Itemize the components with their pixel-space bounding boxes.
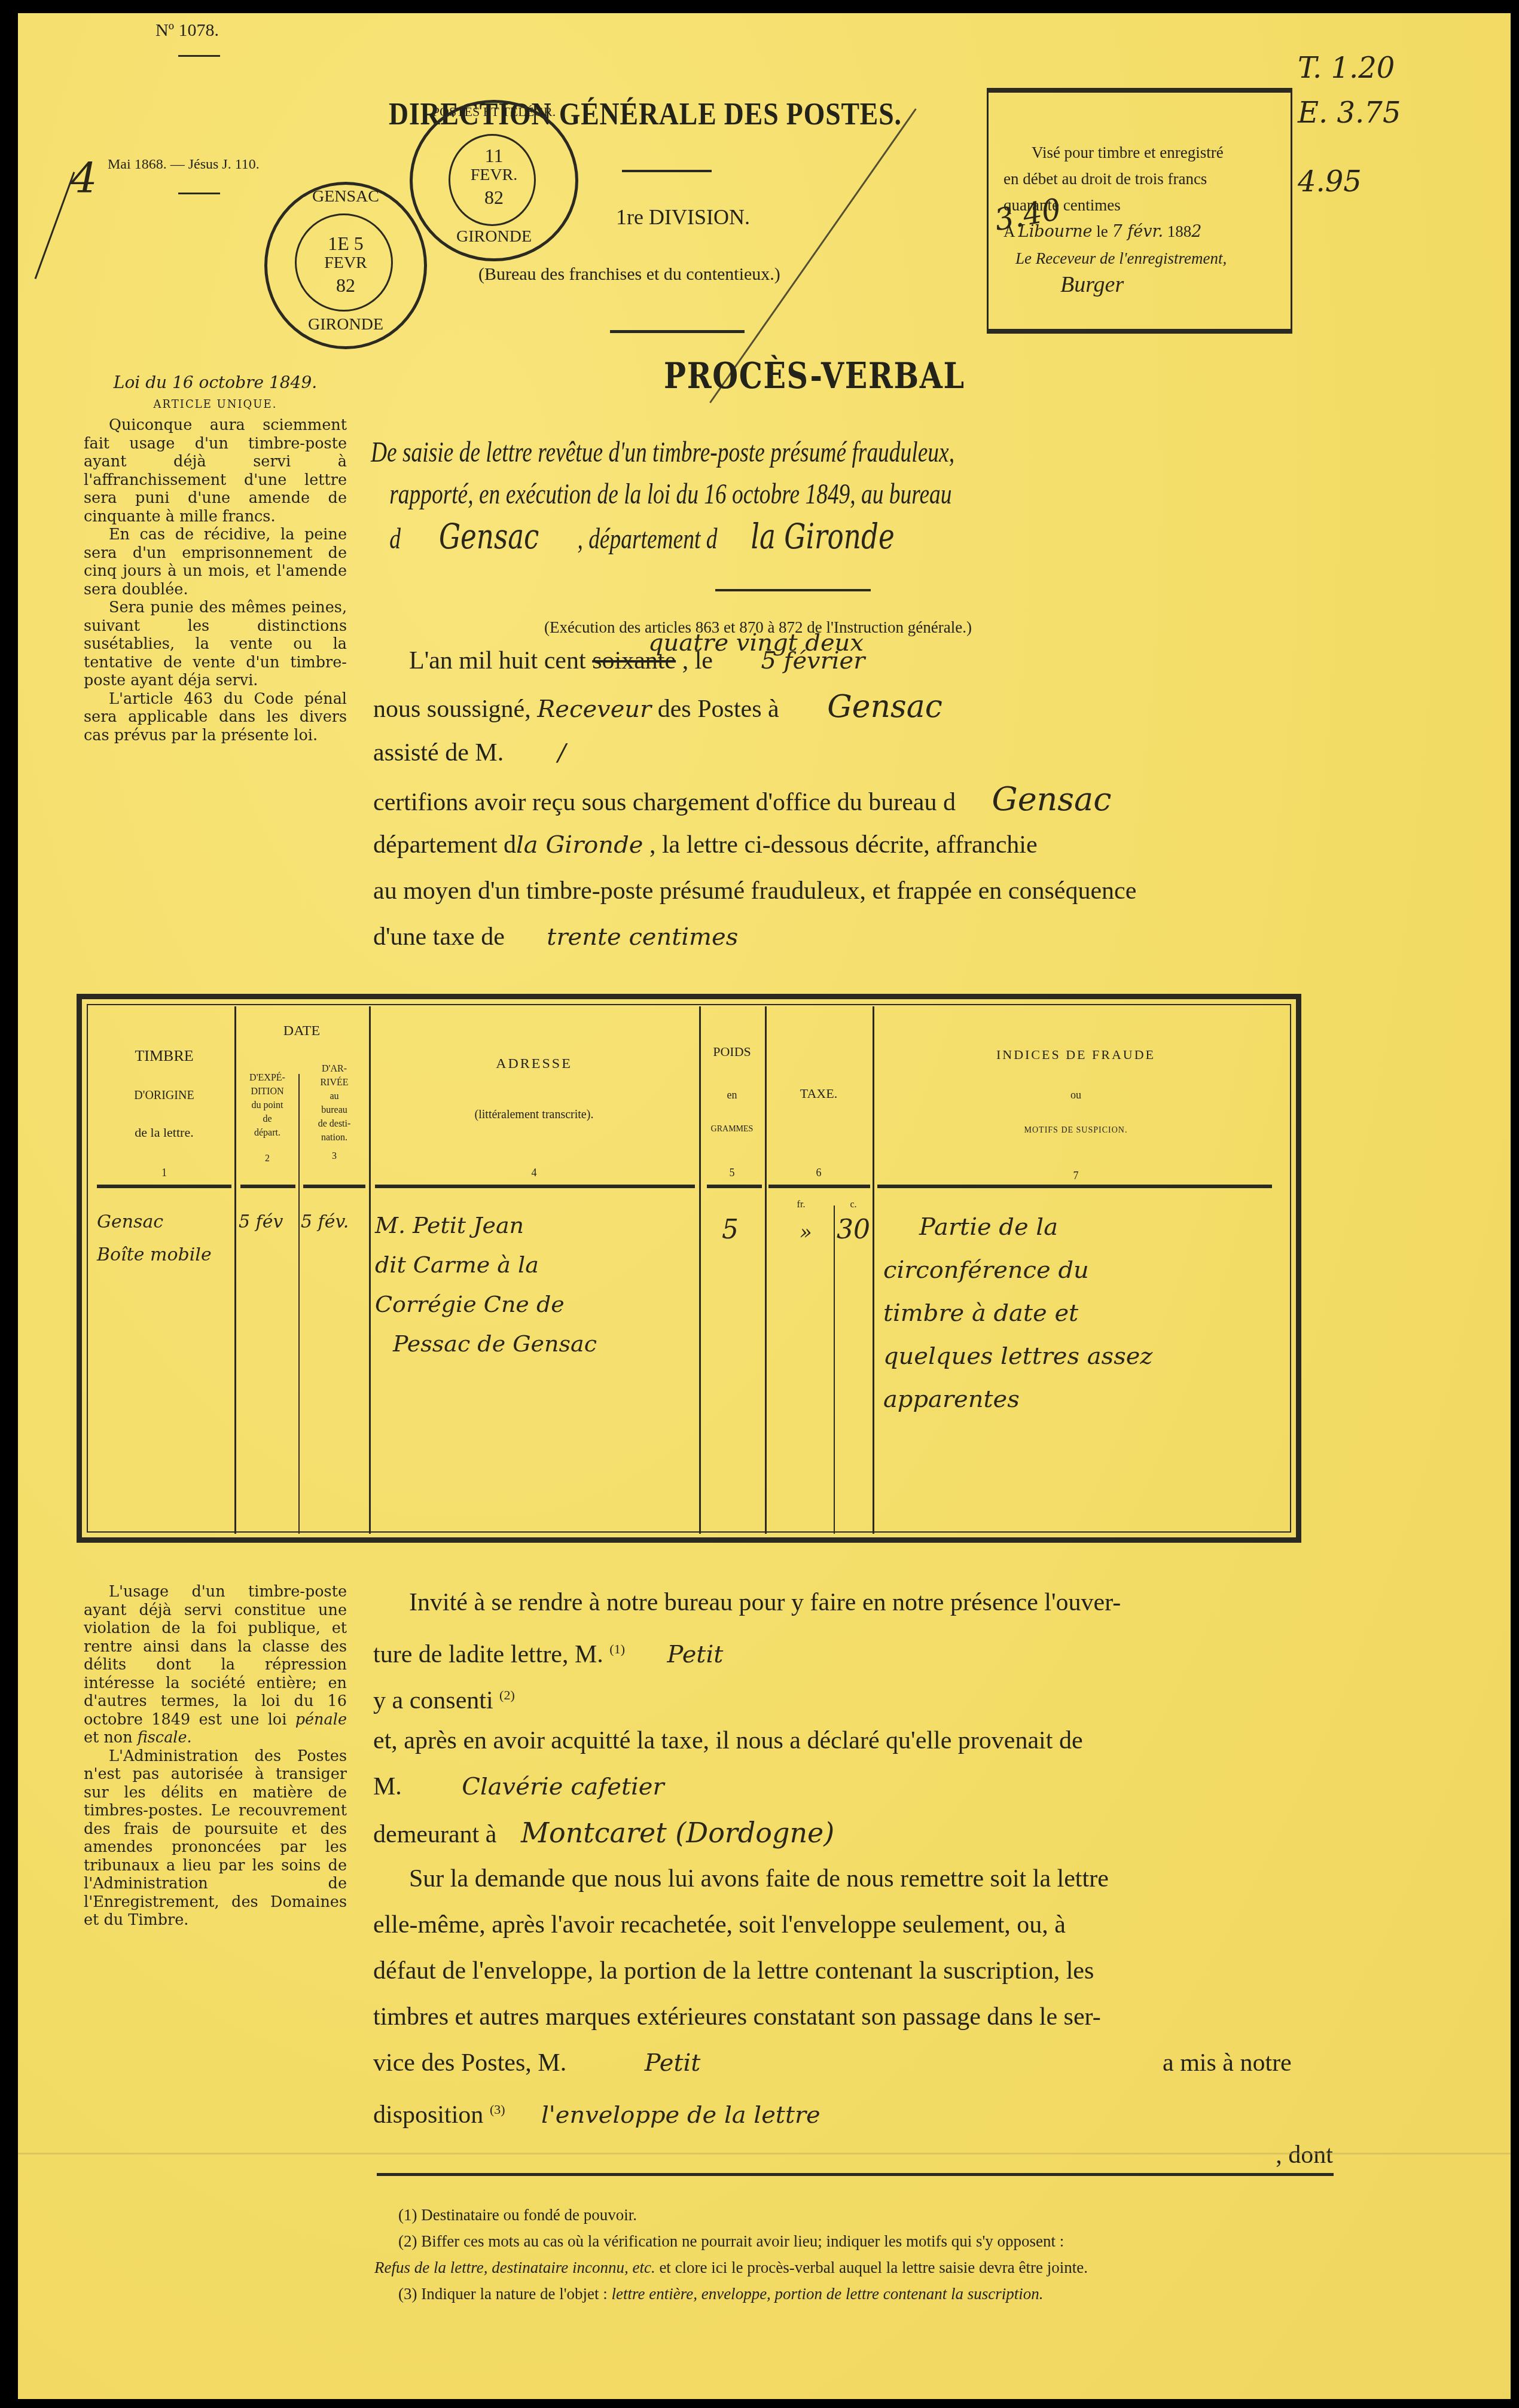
letter-details-table: TIMBRE D'ORIGINE de la lettre. 1 DATE D'…	[77, 994, 1301, 1543]
visa-line-1: Visé pour timbre et enregistré	[989, 93, 1291, 166]
year-fill: quatre vingt deux	[648, 620, 864, 666]
col-header-date: DATE	[234, 1023, 369, 1039]
role-fill: Receveur	[537, 695, 651, 723]
notice-paragraph: L'usage d'un timbre-poste ayant déjà ser…	[84, 1583, 347, 1747]
law-paragraph: Quiconque aura sciemment fait usage d'un…	[84, 416, 347, 526]
paper-fold	[18, 2153, 1511, 2154]
row-timbre: GensacBoîte mobile	[97, 1205, 212, 1271]
footnotes: (1) Destinataire ou fondé de pouvoir. (2…	[398, 2202, 1349, 2307]
footnote-3: (3) Indiquer la nature de l'objet : lett…	[398, 2281, 1349, 2307]
row-taxe-fr: »	[800, 1220, 812, 1244]
law-paragraph: Sera punie des mêmes peines, suivant les…	[84, 599, 347, 690]
divider	[377, 2173, 1334, 2176]
receveur-signature: Burger	[989, 271, 1291, 298]
visa-line-5: Le Receveur de l'enregistrement,	[989, 245, 1291, 271]
origin-dept-fill: la Gironde	[516, 831, 643, 859]
bureau-label: (Bureau des franchises et du contentieux…	[478, 264, 780, 285]
departement-fill: la Gironde	[723, 516, 895, 557]
row-arrivee: 5 fév.	[301, 1211, 349, 1232]
visa-line-2: en débet au droit de trois francs	[989, 166, 1291, 192]
margin-notes: T. 1.20 E. 3.75 4.95	[1298, 46, 1401, 205]
divider	[622, 170, 712, 172]
office-fill: Gensac	[785, 689, 942, 725]
divider	[715, 589, 871, 591]
division-label: 1re DIVISION.	[616, 205, 750, 230]
footnote-2: (2) Biffer ces mots au cas où la vérific…	[398, 2228, 1349, 2254]
form-number: Nº 1078.	[155, 20, 219, 41]
law-paragraph: L'article 463 du Code pénal sera applica…	[84, 690, 347, 745]
document-subtitle: De saisie de lettre revêtue d'un timbre-…	[371, 432, 1341, 560]
divider	[178, 193, 220, 194]
col-header-adresse: ADRESSE	[369, 1056, 699, 1072]
col-header-arrivee: D'AR-RIVÉEaubureaude desti-nation. 3	[300, 1062, 369, 1163]
law-article: ARTICLE UNIQUE.	[84, 396, 347, 414]
lower-declaration: Invité à se rendre à notre bureau pour y…	[373, 1580, 1342, 2178]
divider	[178, 55, 220, 57]
pen-stroke	[35, 172, 75, 279]
recipient-fill: Petit	[632, 1641, 724, 1668]
postmark-postes-telegraphes: POSTES ET TÉLÉGR. 11 FEVR. 82 GIRONDE	[410, 100, 578, 261]
col-header-timbre: TIMBRE	[94, 1047, 234, 1065]
footnote-1: (1) Destinataire ou fondé de pouvoir.	[398, 2202, 1349, 2228]
col-header-poids: POIDS	[699, 1044, 765, 1060]
row-adresse: M. Petit Jeandit Carme à laCorrégie Cne …	[375, 1205, 597, 1363]
margin-mark: 4	[71, 154, 97, 203]
document-page: Nº 1078. Mai 1868. — Jésus J. 110. 4 DIR…	[18, 13, 1511, 2399]
row-expedition: 5 fév	[239, 1211, 283, 1232]
proces-verbal-title: PROCÈS-VERBAL	[664, 355, 965, 397]
origin-bureau-fill: Gensac	[962, 780, 1112, 818]
tax-fill: trente centimes	[511, 923, 738, 951]
row-poids: 5	[722, 1214, 739, 1245]
col-header-indices: INDICES DE FRAUDE	[873, 1047, 1279, 1063]
notice-sidebar: L'usage d'un timbre-poste ayant déjà ser…	[84, 1583, 347, 1930]
declaration-body: L'an mil huit cent soixante quatre vingt…	[373, 638, 1342, 960]
row-indices: Partie de lacirconférence dutimbre à dat…	[883, 1205, 1152, 1421]
sender-fill: Clavérie cafetier	[408, 1773, 664, 1800]
notice-paragraph: L'Administration des Postes n'est pas au…	[84, 1747, 347, 1930]
assistant-fill: /	[510, 739, 566, 767]
visa-registration-box: Visé pour timbre et enregistré en débet …	[987, 88, 1292, 334]
divider	[610, 330, 745, 333]
object-fill: l'enveloppe de la lettre	[511, 2101, 820, 2129]
print-date: Mai 1868. — Jésus J. 110.	[108, 157, 260, 173]
col-header-expedition: D'EXPÉ-DITIONdu pointdedépart. 2	[236, 1071, 298, 1165]
law-paragraph: En cas de récidive, la peine sera d'un e…	[84, 526, 347, 599]
col-header-taxe: TAXE.	[765, 1086, 873, 1101]
handed-by-fill: Petit	[573, 2049, 701, 2077]
sender-address-fill: Montcaret (Dordogne)	[503, 1817, 834, 1849]
row-taxe-c: 30	[837, 1214, 870, 1245]
law-title: Loi du 16 octobre 1849.	[84, 374, 347, 392]
postmark-gensac: GENSAC 1E 5 FEVR 82 GIRONDE	[264, 182, 427, 349]
bureau-fill: Gensac	[406, 516, 572, 557]
law-sidebar: Loi du 16 octobre 1849. ARTICLE UNIQUE. …	[84, 374, 347, 744]
